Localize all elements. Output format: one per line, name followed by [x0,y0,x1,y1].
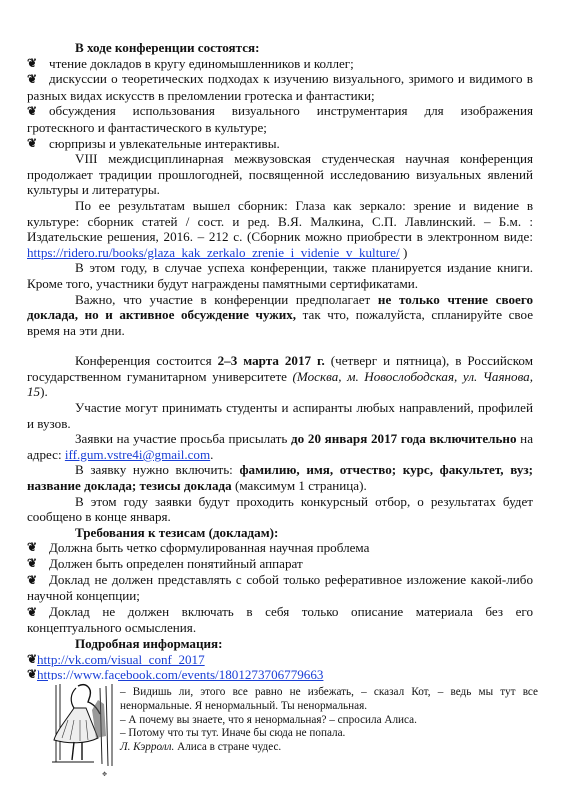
ridero-link[interactable]: https://ridero.ru/books/glaza_kak_zerkal… [27,245,400,260]
quote-line: – Потому что ты тут. Иначе бы сюда не по… [120,727,538,741]
selection-paragraph: В этом году заявки будут проходить конку… [27,494,533,525]
svg-text:✥: ✥ [102,771,107,778]
bullet-icon: ❦ [27,667,37,683]
event-item: ❦обсуждения использования визуального ин… [27,103,533,135]
requirement-item: ❦ Должна быть четко сформулированная нау… [27,540,533,556]
bullet-icon: ❦ [27,652,37,668]
bullet-icon: ❦ [27,56,49,72]
requirement-item: ❦Доклад не должен представлять с собой т… [27,572,533,604]
vk-link[interactable]: http://vk.com/visual_conf_2017 [37,652,205,668]
quote-line: – Видишь ли, этого все равно не избежать… [120,686,538,714]
quote-line: – А почему вы знаете, что я ненормальная… [120,714,538,728]
bullet-icon: ❦ [27,540,49,556]
quote-section: ✥ – Видишь ли, этого все равно не избежа… [48,680,548,780]
requirements-heading: Требования к тезисам (докладам): [27,525,533,541]
intro-paragraph: VIII междисциплинарная межвузовская студ… [27,151,533,198]
date-paragraph: Конференция состоится 2–3 марта 2017 г. … [27,353,533,400]
bullet-icon: ❦ [27,573,49,589]
collection-paragraph: По ее результатам вышел сборник: Глаза к… [27,198,533,260]
bullet-icon: ❦ [27,556,49,572]
bullet-icon: ❦ [27,136,49,152]
bullet-icon: ❦ [27,605,49,621]
requirement-item: ❦ Должен быть определен понятийный аппар… [27,556,533,572]
email-link[interactable]: iff.gum.vstre4i@gmail.com [65,447,210,462]
event-item: ❦дискуссии о теоретических подходах к из… [27,71,533,103]
bullet-icon: ❦ [27,104,49,120]
book-paragraph: В этом году, в случае успеха конференции… [27,260,533,291]
event-item: ❦ чтение докладов в кругу единомышленник… [27,56,533,72]
document-page: В ходе конференции состоятся: ❦ чтение д… [27,40,533,683]
alice-illustration-icon: ✥ [48,680,118,780]
carroll-quote: – Видишь ли, этого все равно не избежать… [120,686,538,755]
event-item: ❦ сюрпризы и увлекательные интерактивы. [27,136,533,152]
quote-attribution: Л. Кэрролл. Алиса в стране чудес. [120,741,538,755]
more-info-heading: Подробная информация: [27,636,533,652]
requirement-item: ❦Доклад не должен включать в себя только… [27,604,533,636]
bullet-icon: ❦ [27,72,49,88]
participants-paragraph: Участие могут принимать студенты и аспир… [27,400,533,431]
include-paragraph: В заявку нужно включить: фамилию, имя, о… [27,462,533,493]
events-heading: В ходе конференции состоятся: [27,40,533,56]
apply-paragraph: Заявки на участие просьба присылать до 2… [27,431,533,462]
info-link-item: ❦ http://vk.com/visual_conf_2017 [27,652,533,668]
importance-paragraph: Важно, что участие в конференции предпол… [27,292,533,339]
